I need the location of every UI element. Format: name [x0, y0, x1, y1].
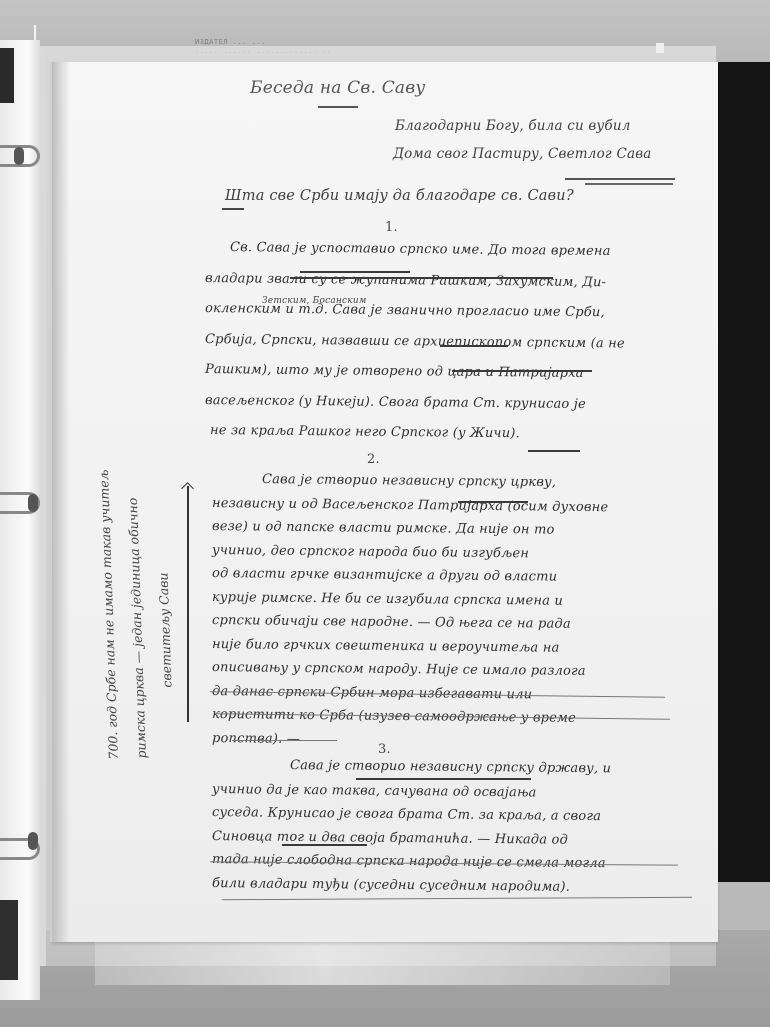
- emphasis-underline: [458, 501, 528, 503]
- ruled-underline: [232, 740, 337, 741]
- manuscript-title: Беседа на Св. Саву: [250, 78, 425, 98]
- binder-ring-hole: [28, 494, 38, 512]
- binder-ring-hole: [14, 147, 24, 165]
- section-number: 3.: [378, 742, 391, 757]
- main-question: Шта све Срби имају да благодаре св. Сави…: [225, 188, 574, 204]
- emphasis-underline: [300, 271, 410, 273]
- section-number: 1.: [385, 220, 398, 235]
- margin-bracket-line: [187, 486, 189, 722]
- dedication-line: Дома свог Пастиру, Светлог Сава: [393, 146, 652, 162]
- emphasis-underline: [452, 370, 592, 372]
- dedication-underline: [565, 178, 675, 180]
- dedication-line: Благодарни Богу, била си вубил: [395, 118, 631, 134]
- emphasis-underline: [290, 277, 553, 279]
- binder-ring-hole: [28, 832, 38, 850]
- emphasis-underline: [282, 844, 367, 846]
- interline-insertion: Зетским, Босанским: [262, 296, 367, 306]
- manuscript-line: Синовца тог и два своја братанића. — Ник…: [212, 829, 568, 848]
- section-number: 2.: [367, 452, 380, 467]
- dedication-underline: [585, 183, 673, 185]
- binder-clip: [0, 900, 18, 980]
- manuscript-line: Сава је створио независну српску цркву,: [262, 472, 556, 490]
- manuscript-line: није било грчких свештеника и вероучитељ…: [212, 637, 560, 656]
- tape-mark: [34, 25, 36, 41]
- manuscript-line: учинио да је као таква, сачувана од осва…: [212, 782, 537, 800]
- binder-spine-shadow: [0, 48, 14, 103]
- title-underline: [318, 106, 358, 108]
- dark-background-edge: [718, 62, 770, 882]
- emphasis-underline: [356, 778, 531, 780]
- manuscript-line: ропства). —: [212, 731, 300, 747]
- emphasis-underline: [440, 345, 508, 347]
- question-underline: [222, 208, 244, 210]
- emphasis-underline: [528, 450, 580, 452]
- manuscript-line: учинио, део српског народа био би изгубљ…: [212, 543, 529, 561]
- margin-note: 700. год Србе нам не имамо такав учитељ …: [90, 467, 184, 760]
- page-shadow: [52, 62, 70, 942]
- manuscript-line: курије римске. Не би се изгубила српска …: [212, 590, 563, 609]
- manuscript-line: били владари туђи (суседни суседним наро…: [212, 876, 570, 895]
